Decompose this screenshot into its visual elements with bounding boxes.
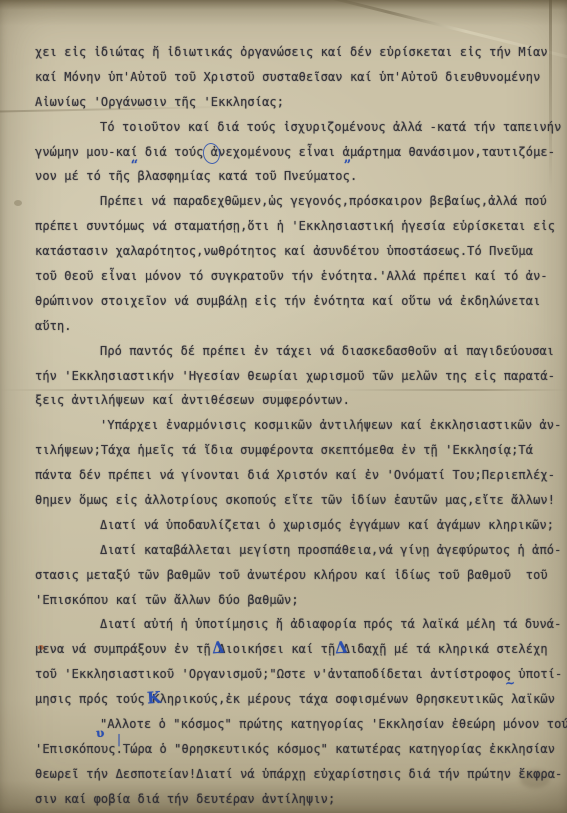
text-line: "Αλλοτε ὁ "κόσμος" πρώτης κατηγορίας 'Εκ… [35,712,553,737]
text-line: Τό τοιοῦτον καί διά τούς ἰσχυριζομένους … [35,115,553,140]
text-line: μενα νά συμπράξουν ἐν τῇ Διοικήσει καί τ… [35,637,553,662]
text-line: χει εἰς ἰδιώτας ἤ ἰδιωτικάς ὀργανώσεις κ… [35,40,553,65]
text-line: κατάστασιν χαλαρότητος,νωθρότητος καί ἀσ… [35,239,553,264]
text-line: Πρέπει νά παραδεχθῶμεν,ὡς γεγονός,πρόσκα… [35,189,553,214]
text-line: 'Επισκόπους.Τώρα ὁ "θρησκευτικός κόσμος"… [35,737,553,762]
text-line: 'Υπάρχει ἐναρμόνισις κοσμικῶν ἀντιλήψεων… [35,413,553,438]
text-line: σιν καί φοβία διά τήν δευτέραν ἀντίληψιν… [35,787,553,812]
text-line: τοῦ 'Εκκλησιαστικοῦ 'Οργανισμοῦ;"Ωστε ν'… [35,662,553,687]
text-line: Πρό παντός δέ πρέπει ἐν τάχει νά διασκεδ… [35,339,553,364]
text-line: στασις μεταξύ τῶν βαθμῶν τοῦ ἀνωτέρου κλ… [35,563,553,588]
text-line: θημεν ὅμως εἰς ἀλλοτρίους σκοπούς εἴτε τ… [35,488,553,513]
text-line: Αἰωνίως 'Οργάνωσιν τῆς 'Εκκλησίας; [35,90,553,115]
text-line: θεωρεῖ τήν Δεσποτείαν!Διατί νά ὑπάρχῃ εὐ… [35,762,553,787]
text-line: ξεις ἀντιλήψεων καί ἀντιθέσεων συμφερόντ… [35,388,553,413]
text-line: πρέπει συντόμως νά σταματήσῃ,ὅτι ἡ 'Εκκλ… [35,214,553,239]
typewritten-text-block: χει εἰς ἰδιώτας ἤ ἰδιωτικάς ὀργανώσεις κ… [0,0,567,812]
text-line: τοῦ Θεοῦ εἶναι μόνον τό συγκρατοῦν τήν ἑ… [35,264,553,289]
text-line: 'Επισκόπου καί τῶν ἄλλων δύο βαθμῶν; [35,588,553,613]
text-line: μησις πρός τούς Κληρικούς,ἐκ μέρους τάχα… [35,687,553,712]
text-line: τιλήψεων;Τάχα ἡμεῖς τά ἴδια συμφέροντα σ… [35,438,553,463]
text-line: Διατί καταβάλλεται μεγίστη προσπάθεια,νά… [35,538,553,563]
text-line: Διατί νά ὑποδαυλίζεται ὁ χωρισμός ἐγγάμω… [35,513,553,538]
text-line: καί Μόνην ὑπ'Αὐτοῦ τοῦ Χριστοῦ συσταθεῖσ… [35,65,553,90]
text-line: αὕτη. [35,314,553,339]
text-line: τήν 'Εκκλησιαστικήν 'Ηγεσίαν θεωρίαι χωρ… [35,364,553,389]
text-line: πάντα δέν πρέπει νά γίνονται διά Χριστόν… [35,463,553,488]
text-line: θρώπινον στοιχεῖον νά συμβάλῃ εἰς τήν ἑν… [35,289,553,314]
scanned-typewritten-page: χει εἰς ἰδιώτας ἤ ἰδιωτικάς ὀργανώσεις κ… [0,0,567,813]
text-line: γνώμην μου-καί διά τούς ἀνεχομένους εἶνα… [35,140,553,165]
text-line: νον μέ τό τῆς βλασφημίας κατά τοῦ Πνεύμα… [35,164,553,189]
text-line: Διατί αὐτή ἡ ὑποτίμησις ἤ ἀδιαφορία πρός… [35,612,553,637]
